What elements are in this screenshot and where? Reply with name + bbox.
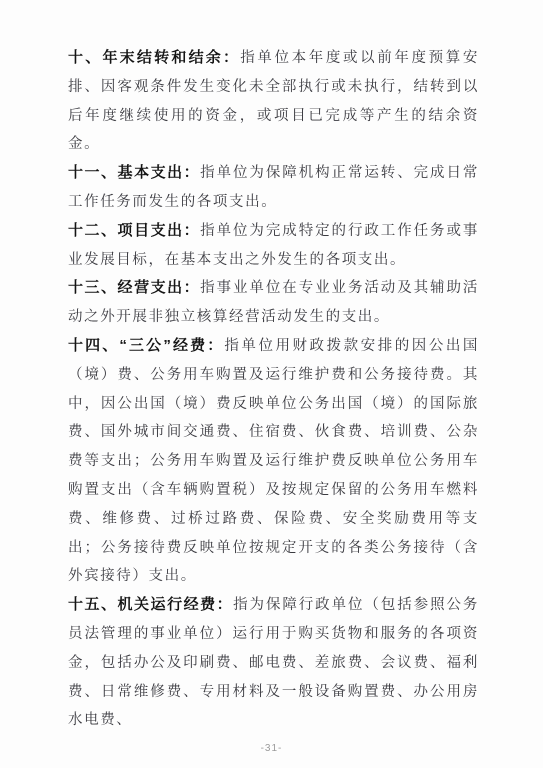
definition-paragraph-11: 十一、基本支出：指单位为保障机构正常运转、完成日常工作任务而发生的各项支出。 [68,159,479,217]
term-label-10: 十、年末结转和结余： [68,49,240,66]
term-label-11: 十一、基本支出： [68,164,200,181]
definition-paragraph-13: 十三、经营支出：指事业单位在专业业务活动及其辅助活动之外开展非独立核算经营活动发… [68,274,479,332]
term-label-14: 十四、“三公”经费： [68,337,224,354]
definition-paragraph-14: 十四、“三公”经费：指单位用财政拨款安排的因公出国（境）费、公务用车购置及运行维… [68,332,479,591]
term-label-13: 十三、经营支出： [68,279,200,296]
page-number: -31- [0,743,543,754]
term-label-12: 十二、项目支出： [68,222,200,239]
term-label-15: 十五、机关运行经费： [68,596,233,613]
definition-paragraph-10: 十、年末结转和结余：指单位本年度或以前年度预算安排、因客观条件发生变化未全部执行… [68,44,479,159]
document-content: 十、年末结转和结余：指单位本年度或以前年度预算安排、因客观条件发生变化未全部执行… [68,44,479,735]
document-page: 十、年末结转和结余：指单位本年度或以前年度预算安排、因客观条件发生变化未全部执行… [0,0,543,768]
definition-paragraph-15: 十五、机关运行经费：指为保障行政单位（包括参照公务员法管理的事业单位）运行用于购… [68,591,479,735]
definition-text-14: 指单位用财政拨款安排的因公出国（境）费、公务用车购置及运行维护费和公务接待费。其… [68,338,479,584]
definition-text-15: 指为保障行政单位（包括参照公务员法管理的事业单位）运行用于购买货物和服务的各项资… [68,597,479,728]
definition-paragraph-12: 十二、项目支出：指单位为完成特定的行政工作任务或事业发展目标，在基本支出之外发生… [68,217,479,275]
